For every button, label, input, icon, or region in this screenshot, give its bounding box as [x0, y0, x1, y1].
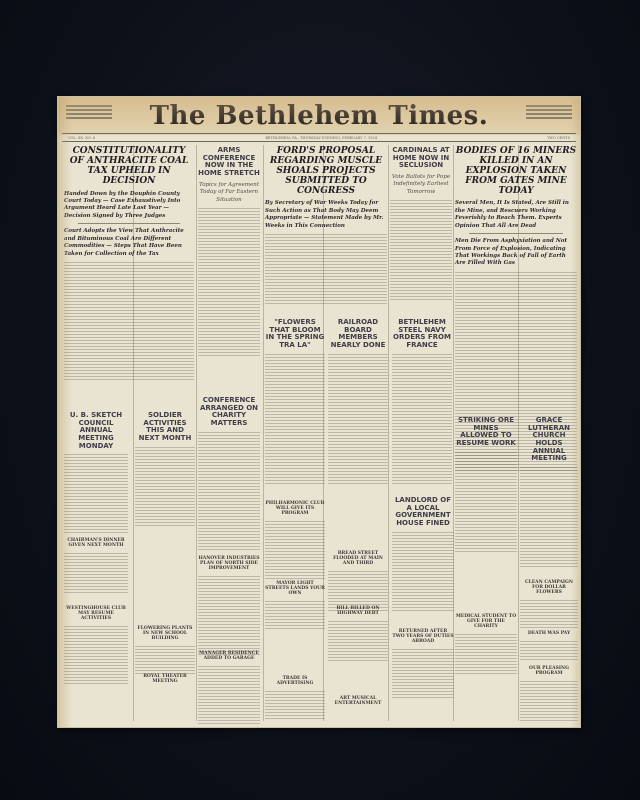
small-story: Clean Campaign for Dollar Flowers — [520, 581, 578, 630]
small-story: Chairman's Dinner Given Next Month — [64, 539, 128, 593]
column-rule — [263, 145, 264, 721]
right-ear-notice — [526, 103, 572, 125]
story-miners: Bodies of 16 Miners Killed in an Explosi… — [455, 147, 577, 307]
headline: Bodies of 16 Miners Killed in an Explosi… — [455, 147, 577, 196]
story-coal-tax: Constitutionality of Anthracite Coal Tax… — [64, 147, 194, 377]
story-mines-labor: Striking Ore Mines Allowed to Resume Wor… — [455, 417, 517, 552]
story-activities: Soldier Activities This and Next Month — [135, 412, 195, 527]
small-story: Hanover Industries Plan of North Side Im… — [198, 557, 260, 656]
story-ub-meeting: U. B. Sketch Council Annual Meeting Mond… — [64, 412, 128, 534]
headline: U. B. Sketch Council Annual Meeting Mond… — [64, 412, 128, 450]
column-rule — [196, 145, 197, 721]
headline: Railroad Board Members Nearly Done — [328, 319, 388, 350]
deck: Handed Down by the Dauphin County Court … — [64, 191, 194, 221]
dateline: VOL. XX. NO. 6 BETHLEHEM, PA., THURSDAY … — [62, 133, 576, 142]
story-arms-conference: Arms Conference Now in the Home Stretch … — [198, 147, 260, 277]
small-story: Trade is Advertising — [265, 677, 325, 721]
dateline-text: BETHLEHEM, PA., THURSDAY EVENING, FEBRUA… — [265, 136, 377, 140]
small-story: Medical Student to Give for the Charity — [455, 615, 517, 674]
headline: Grace Lutheran Church Holds Annual Meeti… — [520, 417, 578, 463]
headline: Ford's Proposal Regarding Muscle Shoals … — [265, 147, 387, 196]
deck: Men Die From Asphyxiation and Not From F… — [455, 238, 577, 268]
small-story: Westinghouse Club May Resume Activities — [64, 607, 128, 686]
deck: By Secretary of War Weeks Today for Such… — [265, 200, 387, 230]
small-story: Philharmonic Club Will Give Its Program — [265, 502, 325, 581]
small-story: Mayor Light Streets Lands Your Own — [265, 582, 325, 631]
newspaper-front-page: The Bethlehem Times. VOL. XX. NO. 6 BETH… — [58, 97, 580, 727]
small-story: Our Pleasing Program — [520, 667, 578, 721]
small-story: Art Musical Entertainment — [328, 697, 388, 707]
story-church: Grace Lutheran Church Holds Annual Meeti… — [520, 417, 578, 567]
small-story: Bill Billed on Highway Debt — [328, 607, 388, 661]
headline: Landlord of a Local Government House Fin… — [392, 497, 454, 528]
small-story: Royal Theater Meeting — [135, 675, 195, 685]
price: TWO CENTS — [547, 136, 570, 140]
headline: Constitutionality of Anthracite Coal Tax… — [64, 147, 194, 187]
volume-number: VOL. XX. NO. 6 — [68, 136, 95, 140]
small-story: Bread Street Flooded at Main and Third — [328, 552, 388, 611]
headline: "Flowers That Bloom in the Spring Tra La… — [265, 319, 325, 350]
deck: Several Men, It Is Stated, Are Still in … — [455, 200, 577, 230]
story-conference-charity: Conference Arranged on Charity Matters — [198, 397, 260, 552]
small-story: Manager Residence Added to Garage — [198, 652, 260, 726]
story-cardinals: Cardinals at Home Now in Seclusion Vote … — [390, 147, 452, 277]
story-landlord: Landlord of a Local Government House Fin… — [392, 497, 454, 612]
headline: Conference Arranged on Charity Matters — [198, 397, 260, 428]
headline: Cardinals at Home Now in Seclusion — [390, 147, 452, 170]
small-story: Flowering Plants In New School Building — [135, 627, 195, 676]
story-bethlehem-navy: Bethlehem Steel Navy Orders from France — [392, 319, 452, 484]
story-flowers: "Flowers That Bloom in the Spring Tra La… — [265, 319, 325, 484]
story-muscle-shoals: Ford's Proposal Regarding Muscle Shoals … — [265, 147, 387, 257]
masthead: The Bethlehem Times. — [58, 97, 580, 135]
headline: Arms Conference Now in the Home Stretch — [198, 147, 260, 178]
column-rule — [388, 145, 389, 721]
small-story: Returned After Two Years of Duties Abroa… — [392, 630, 454, 699]
deck: Court Adopts the View That Anthracite an… — [64, 228, 194, 258]
newspaper-title: The Bethlehem Times. — [58, 101, 580, 131]
headline: Soldier Activities This and Next Month — [135, 412, 195, 443]
headline: Bethlehem Steel Navy Orders from France — [392, 319, 452, 350]
small-story: Death Was Pay — [520, 632, 578, 661]
story-rail: Railroad Board Members Nearly Done — [328, 319, 388, 484]
deck: Topics for Agreement Today of Far Easter… — [198, 182, 260, 204]
deck: Vote Ballots for Pope Indefinitely Earli… — [390, 174, 452, 196]
headline: Striking Ore Mines Allowed to Resume Wor… — [455, 417, 517, 448]
